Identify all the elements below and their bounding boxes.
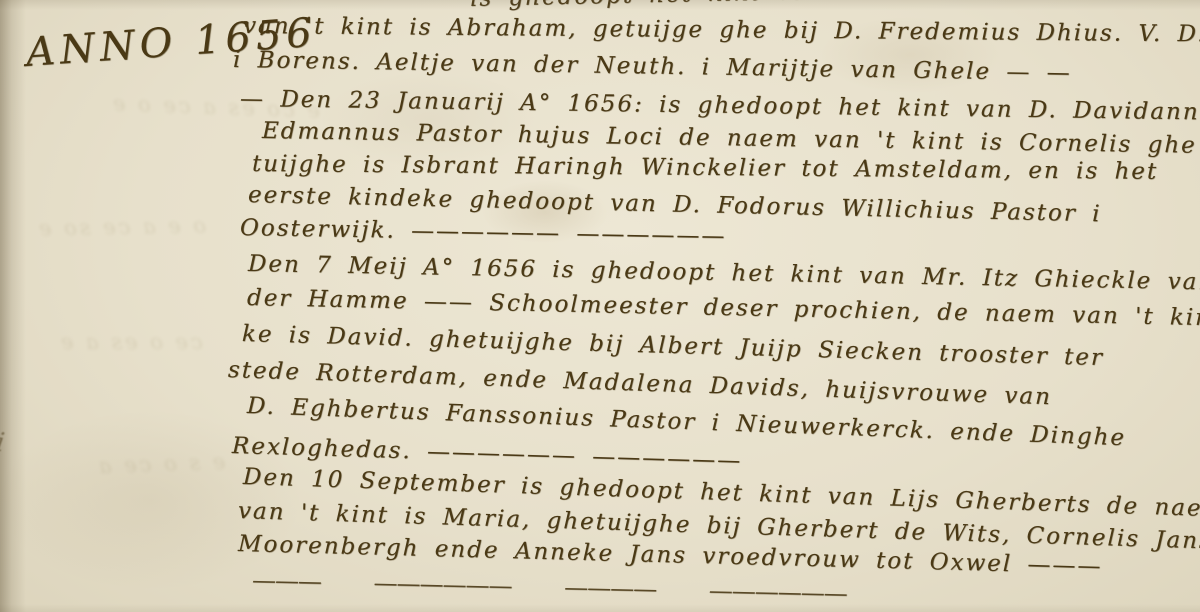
manuscript-line-18: ——— —————— ———— —————— bbox=[252, 566, 847, 607]
page-edge-shadow bbox=[0, 0, 26, 612]
manuscript-line-6: tuijghe is Isbrant Haringh Winckelier to… bbox=[252, 151, 1158, 185]
manuscript-page: ANNO 1656 e co es a ce o eo e a ce so ec… bbox=[0, 0, 1200, 612]
manuscript-line-1: is ghedoopt het kint van Roelant van der… bbox=[470, 0, 1200, 12]
bleedthrough-mark-3: ce o es a e bbox=[58, 330, 203, 354]
bleedthrough-mark-2: o e a ce so e bbox=[36, 214, 206, 241]
manuscript-line-3: i Borens. Aeltje van der Neuth. i Marijt… bbox=[233, 47, 1072, 86]
page-bottom-shadow bbox=[0, 604, 1200, 612]
stray-ink-mark: i bbox=[0, 428, 6, 459]
manuscript-line-2: van 't kint is Abraham, getuijge ghe bij… bbox=[243, 13, 1200, 48]
manuscript-line-8: Oosterwijk. —————— —————— bbox=[240, 215, 727, 249]
bleedthrough-mark-4: e s o ce a bbox=[96, 450, 226, 478]
